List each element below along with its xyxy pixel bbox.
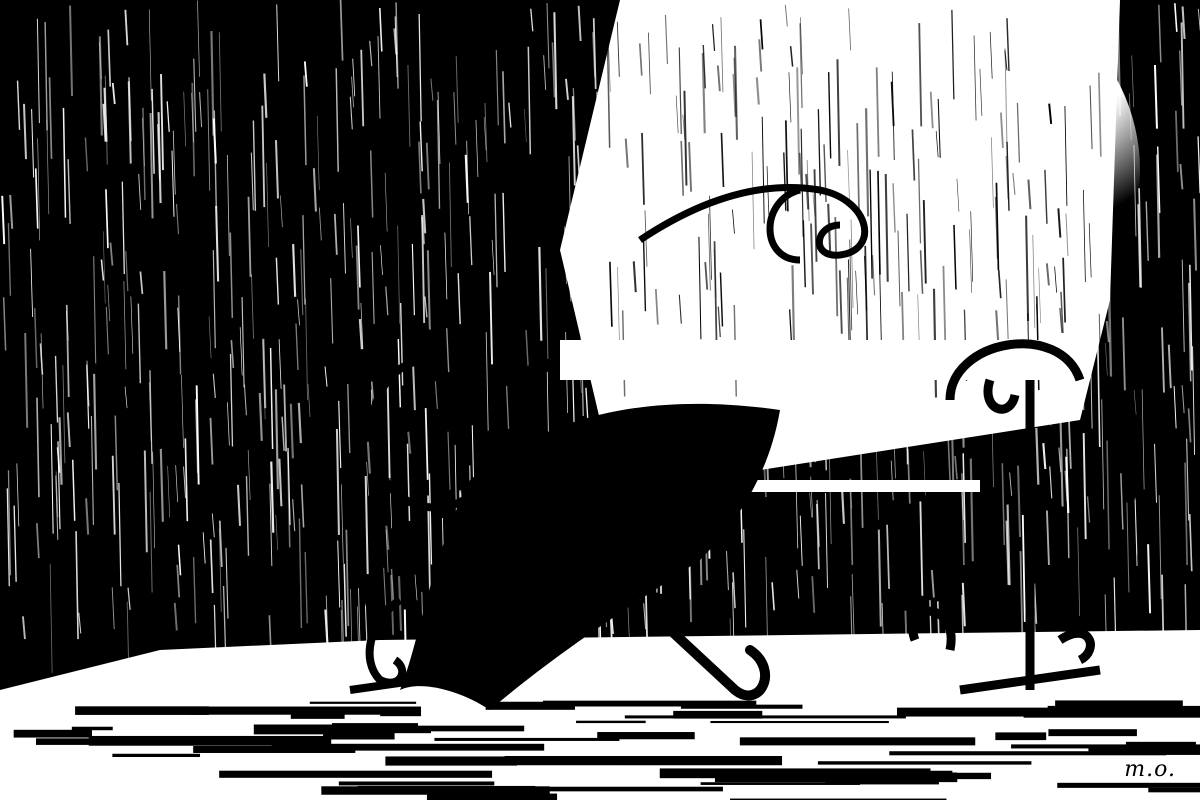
photo-canvas xyxy=(0,0,1200,800)
artist-signature: m.o. xyxy=(1124,757,1176,782)
rainy-bench-photo: m.o. xyxy=(0,0,1200,800)
bench-seat-edge xyxy=(740,480,980,492)
